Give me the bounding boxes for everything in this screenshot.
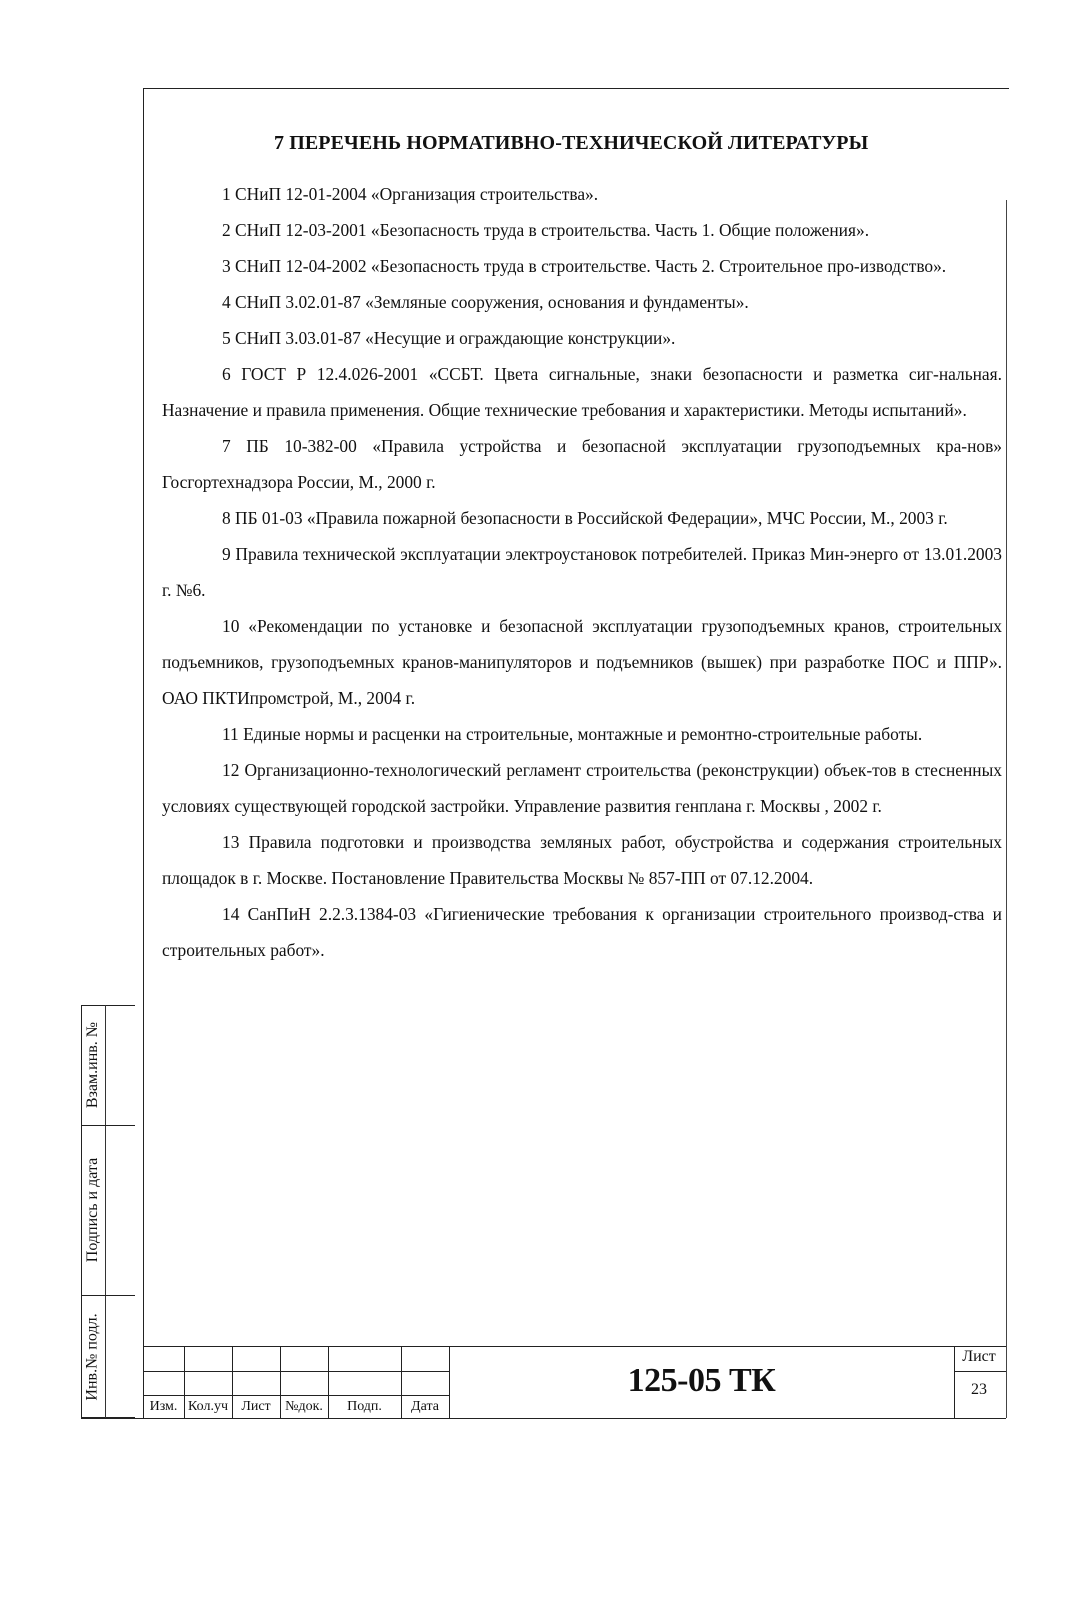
side-label-signature-date: Подпись и дата	[81, 1125, 105, 1295]
reference-item: 12 Организационно-технологический реглам…	[162, 752, 1002, 824]
reference-item: 14 СанПиН 2.2.3.1384-03 «Гигиенические т…	[162, 896, 1002, 968]
col-label-change: Изм.	[143, 1399, 184, 1415]
reference-item: 3 СНиП 12-04-2002 «Безопасность труда в …	[162, 248, 1002, 284]
section-heading: 7 ПЕРЕЧЕНЬ НОРМАТИВНО-ТЕХНИЧЕСКОЙ ЛИТЕРА…	[274, 132, 868, 155]
reference-item: 9 Правила технической эксплуатации элект…	[162, 536, 1002, 608]
col-label-date: Дата	[401, 1399, 449, 1415]
side-label-replacement-inv: Взам.инв. №	[81, 1005, 105, 1125]
col-label-sheet: Лист	[232, 1399, 280, 1415]
sheet-number: 23	[954, 1381, 1004, 1399]
document-code: 125-05 ТК	[449, 1362, 954, 1400]
reference-item: 4 СНиП 3.02.01-87 «Земляные сооружения, …	[162, 284, 1002, 320]
reference-item: 5 СНиП 3.03.01-87 «Несущие и ограждающие…	[162, 320, 1002, 356]
sheet-cell-divider	[954, 1371, 1006, 1372]
reference-item: 11 Единые нормы и расценки на строительн…	[162, 716, 1002, 752]
sheet-label: Лист	[954, 1348, 1004, 1366]
reference-item: 2 СНиП 12-03-2001 «Безопасность труда в …	[162, 212, 1002, 248]
col-label-signature: Подп.	[328, 1399, 401, 1415]
col-label-quantity: Кол.уч	[184, 1399, 232, 1415]
reference-item: 1 СНиП 12-01-2004 «Организация строитель…	[162, 176, 1002, 212]
reference-item: 8 ПБ 01-03 «Правила пожарной безопасност…	[162, 500, 1002, 536]
title-block-top-line	[143, 1346, 1006, 1347]
drawing-frame-right-edge	[1006, 200, 1007, 1418]
reference-item: 13 Правила подготовки и производства зем…	[162, 824, 1002, 896]
title-block-row-line	[143, 1371, 449, 1372]
side-label-original-inv: Инв.№ подл.	[81, 1295, 105, 1418]
title-block-row-line	[143, 1395, 449, 1396]
col-label-doc-number: №док.	[280, 1399, 328, 1415]
reference-item: 7 ПБ 10-382-00 «Правила устройства и без…	[162, 428, 1002, 500]
reference-item: 10 «Рекомендации по установке и безопасн…	[162, 608, 1002, 716]
reference-item: 6 ГОСТ Р 12.4.026-2001 «ССБТ. Цвета сигн…	[162, 356, 1002, 428]
title-block-bottom-line	[81, 1418, 1006, 1419]
references-list: 1 СНиП 12-01-2004 «Организация строитель…	[162, 176, 1002, 968]
